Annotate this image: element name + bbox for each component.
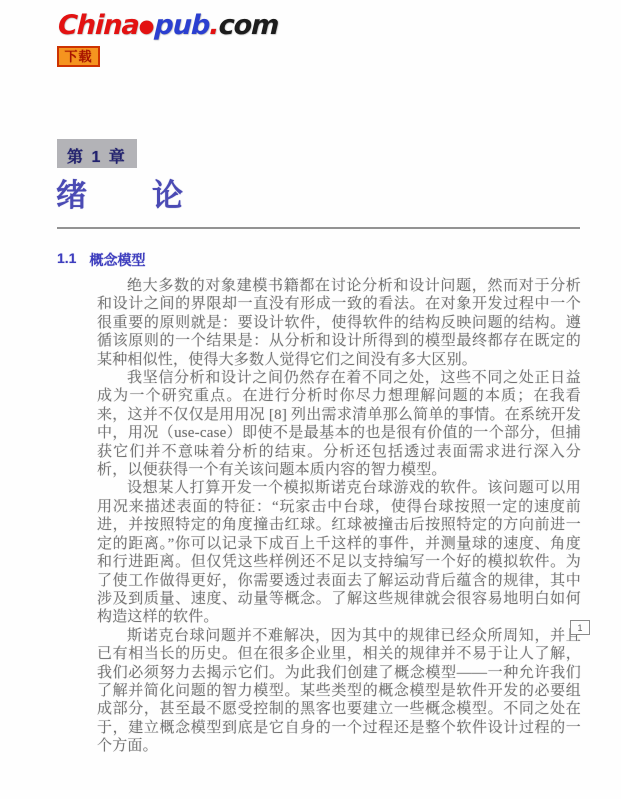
- paragraph-3: 设想某人打算开发一个模拟斯诺克台球游戏的软件。该问题可以用用况来描述表面的特征：…: [97, 479, 581, 626]
- section-number: 1.1: [57, 250, 76, 270]
- paragraph-1: 绝大多数的对象建模书籍都在讨论分析和设计问题，然而对于分析和设计之间的界限却一直…: [97, 277, 581, 369]
- chapter-number-box: 第 1 章: [57, 139, 137, 168]
- section-title: 概念模型: [89, 250, 145, 270]
- china-pub-logo: China●pub.com: [57, 10, 278, 41]
- logo-text-com: com: [218, 10, 279, 41]
- page-number-badge: 1: [570, 620, 590, 635]
- title-divider-rule: [57, 227, 580, 229]
- chapter-title: 绪 论: [56, 170, 184, 215]
- paragraph-4: 斯诺克台球问题并不难解决，因为其中的规律已经众所周知，并且已有相当长的历史。但在…: [97, 627, 581, 756]
- logo-text-pub: pub: [154, 10, 210, 41]
- body-text: 绝大多数的对象建模书籍都在讨论分析和设计问题，然而对于分析和设计之间的界限却一直…: [97, 277, 581, 756]
- logo-text-china: China: [57, 10, 139, 41]
- section-heading: 1.1 概念模型: [57, 250, 145, 270]
- download-button[interactable]: 下载: [57, 46, 100, 67]
- paragraph-2: 我坚信分析和设计之间仍然存在着不同之处，这些不同之处正日益成为一个研究重点。在进…: [97, 369, 581, 479]
- book-page: China●pub.com 下载 第 1 章 绪 论 1.1 概念模型 绝大多数…: [0, 0, 621, 799]
- logo-separator-dot-icon: ●: [138, 16, 154, 37]
